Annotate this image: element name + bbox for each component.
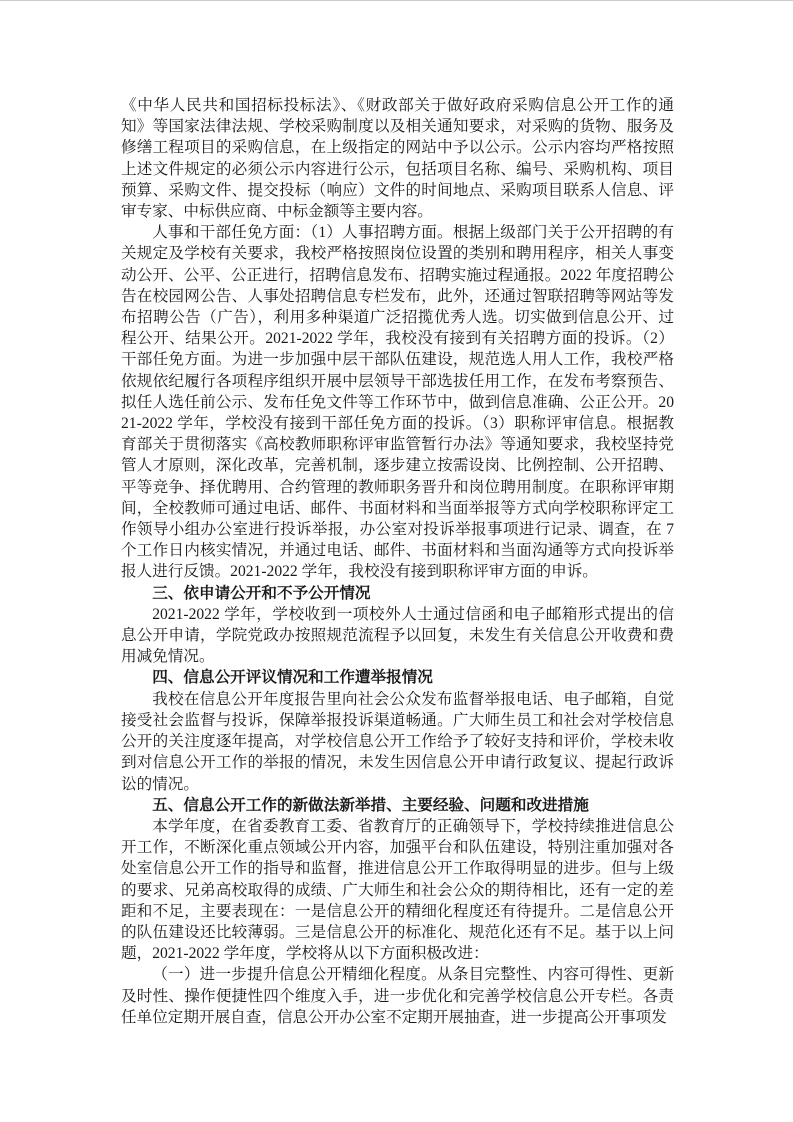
page-top-edge [0,0,793,1]
paragraph-new-measures-experience-problems: 本学年度，在省委教育工委、省教育厅的正确领导下，学校持续推进信息公开工作，不断深… [121,816,674,964]
document-page: 《中华人民共和国招标投标法》、《财政部关于做好政府采购信息公开工作的通知》等国家… [121,95,674,1028]
paragraph-disclosure-upon-request: 2021-2022 学年，学校收到一项校外人士通过信函和电子邮箱形式提出的信息公… [121,604,674,668]
paragraph-evaluation-and-complaints: 我校在信息公开年度报告里向社会公众发布监督举报电话、电子邮箱，自觉接受社会监督与… [121,689,674,795]
heading-section-five-new-measures-and-improvements: 五、信息公开工作的新做法新举措、主要经验、问题和改进措施 [121,795,674,816]
paragraph-personnel-and-appointments: 人事和干部任免方面：（1）人事招聘方面。根据上级部门关于公开招聘的有关规定及学校… [121,222,674,582]
heading-section-three-disclosure-upon-request: 三、依申请公开和不予公开情况 [121,583,674,604]
paragraph-improvement-measure-one: （一）进一步提升信息公开精细化程度。从条目完整性、内容可得性、更新及时性、操作便… [121,964,674,1028]
paragraph-procurement-disclosure-continued: 《中华人民共和国招标投标法》、《财政部关于做好政府采购信息公开工作的通知》等国家… [121,95,674,222]
heading-section-four-evaluation-and-complaints: 四、信息公开评议情况和工作遭举报情况 [121,667,674,688]
